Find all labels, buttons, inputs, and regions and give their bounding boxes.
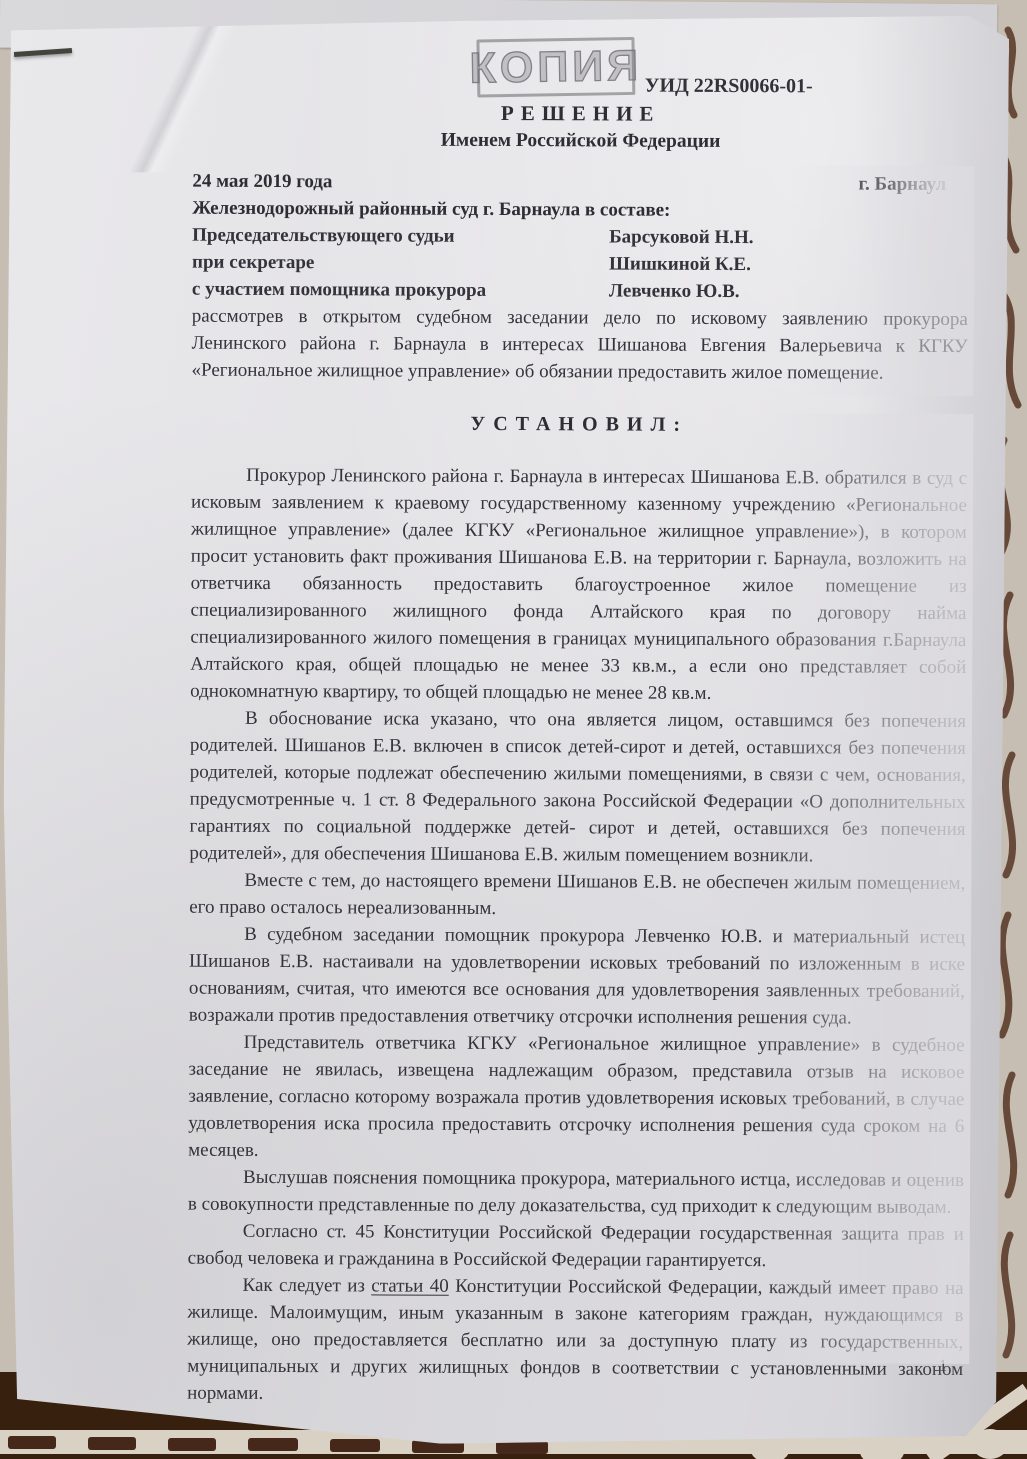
paper-sheet: КОПИЯ УИД 22RS0066-01- РЕШЕНИЕ Именем Ро… (1, 12, 1009, 1446)
role-label: Председательствующего судьи (192, 222, 609, 251)
decision-subtitle: Именем Российской Федерации (193, 126, 969, 156)
body-paragraph-statya-40: Как следует из статьи 40 Конституции Рос… (187, 1272, 964, 1410)
body-paragraph: Согласно ст. 45 Конституции Российской Ф… (188, 1218, 964, 1275)
composition-row-prosecutor: с участием помощника прокурора Левченко … (192, 276, 968, 306)
court-name: Железнодорожный районный суд г. Барнаула… (192, 195, 968, 225)
body-paragraph: Представитель ответчика КГКУ «Региональн… (188, 1029, 965, 1167)
body-paragraph: Выслушав пояснения помощника прокурора, … (188, 1164, 964, 1221)
page-number: 1 (939, 1356, 948, 1376)
decision-city: г. Барнаул (859, 171, 969, 198)
body-paragraph: В обоснование иска указано, что она явля… (189, 705, 966, 870)
role-label: при секретаре (192, 249, 609, 278)
judge-name: Барсуковой Н.Н. (609, 223, 754, 251)
composition-row-secretary: при секретаре Шишкиной К.Е. (192, 249, 968, 279)
role-label: с участием помощника прокурора (192, 276, 609, 305)
section-heading-ustanovil: УСТАНОВИЛ: (191, 410, 967, 440)
document-content: УИД 22RS0066-01- РЕШЕНИЕ Именем Российск… (1, 12, 1009, 1446)
photo-of-court-document: { "document": { "stamp_label": "КОПИЯ", … (0, 0, 1027, 1459)
secretary-name: Шишкиной К.Е. (609, 250, 751, 278)
body-paragraph: Вместе с тем, до настоящего времени Шиша… (189, 867, 965, 924)
body-paragraph: Прокурор Ленинского района г. Барнаула в… (190, 462, 967, 708)
decision-date: 24 мая 2019 года (192, 168, 332, 196)
body-paragraph: В судебном заседании помощник прокурора … (189, 921, 965, 1032)
prosecutor-name: Левченко Ю.В. (609, 277, 740, 305)
case-intro: рассмотрев в открытом судебном заседании… (192, 303, 968, 387)
date-line: 24 мая 2019 года г. Барнаул (192, 168, 968, 198)
statya-pre: Как следует из (243, 1275, 372, 1297)
composition-row-judge: Председательствующего судьи Барсуковой Н… (192, 222, 968, 252)
copy-stamp: КОПИЯ (476, 37, 635, 98)
underlined-citation: статьи 40 (371, 1275, 449, 1296)
decision-title: РЕШЕНИЕ (193, 99, 969, 129)
uid-number: УИД 22RS0066-01- (645, 73, 969, 101)
